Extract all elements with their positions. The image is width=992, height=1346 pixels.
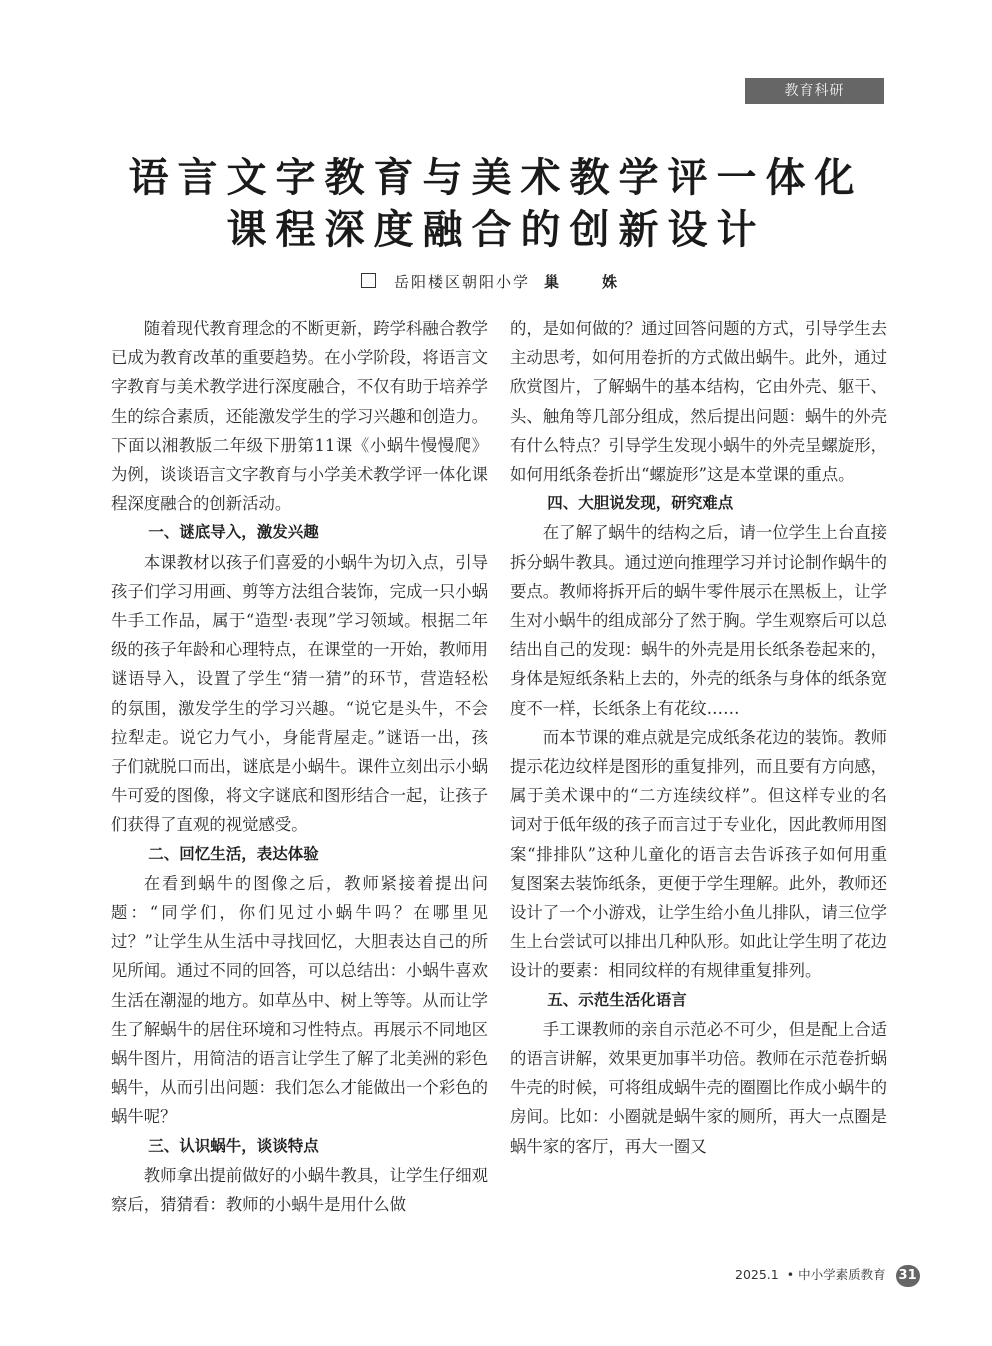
section-heading-5: 五、示范生活化语言 xyxy=(510,986,887,1015)
article-title-line1: 语言文字教育与美术教学评一体化 xyxy=(0,146,992,203)
section-5-paragraph: 手工课教师的亲自示范必不可少，但是配上合适的语言讲解，效果更加事半功倍。教师在示… xyxy=(510,1015,887,1161)
section-4-paragraph-1: 在了解了蜗牛的结构之后，请一位学生上台直接拆分蜗牛教具。通过逆向推理学习并讨论制… xyxy=(510,518,887,722)
article-title-line2: 课程深度融合的创新设计 xyxy=(0,198,992,255)
section-3-paragraph-start: 教师拿出提前做好的小蜗牛教具，让学生仔细观察后，猜猜看：教师的小蜗牛是用什么做 xyxy=(111,1161,488,1219)
square-marker-icon xyxy=(361,273,376,288)
section-2-paragraph: 在看到蜗牛的图像之后，教师紧接着提出问题：“同学们，你们见过小蜗牛吗？在哪里见过… xyxy=(111,869,488,1132)
section-tag: 教育科研 xyxy=(745,78,884,104)
journal-name: 中小学素质教育 xyxy=(798,1267,886,1282)
intro-paragraph: 随着现代教育理念的不断更新，跨学科融合教学已成为教育改革的重要趋势。在小学阶段，… xyxy=(111,314,488,518)
author-school: 岳阳楼区朝阳小学 xyxy=(394,273,530,291)
section-4-paragraph-2: 而本节课的难点就是完成纸条花边的装饰。教师提示花边纹样是图形的重复排列，而且要有… xyxy=(510,723,887,986)
section-heading-4: 四、大胆说发现，研究难点 xyxy=(510,489,887,518)
issue-number: 2025.1 xyxy=(735,1267,779,1282)
section-1-paragraph: 本课教材以孩子们喜爱的小蜗牛为切入点，引导孩子们学习用画、剪等方法组合装饰，完成… xyxy=(111,548,488,840)
footer-separator: • xyxy=(787,1267,794,1282)
section-heading-2: 二、回忆生活，表达体验 xyxy=(111,840,488,869)
left-column: 随着现代教育理念的不断更新，跨学科融合教学已成为教育改革的重要趋势。在小学阶段，… xyxy=(111,314,488,1219)
section-heading-3: 三、认识蜗牛，谈谈特点 xyxy=(111,1132,488,1161)
author-name: 巢 姝 xyxy=(544,273,631,291)
section-heading-1: 一、谜底导入，激发兴趣 xyxy=(111,518,488,547)
right-column: 的，是如何做的？通过回答问题的方式，引导学生去主动思考，如何用卷折的方式做出蜗牛… xyxy=(510,314,887,1161)
section-3-paragraph-continued: 的，是如何做的？通过回答问题的方式，引导学生去主动思考，如何用卷折的方式做出蜗牛… xyxy=(510,314,887,489)
page-footer: 2025.1 • 中小学素质教育 31 xyxy=(735,1264,920,1287)
page-number-badge: 31 xyxy=(896,1265,920,1287)
byline: 岳阳楼区朝阳小学巢 姝 xyxy=(0,271,992,292)
